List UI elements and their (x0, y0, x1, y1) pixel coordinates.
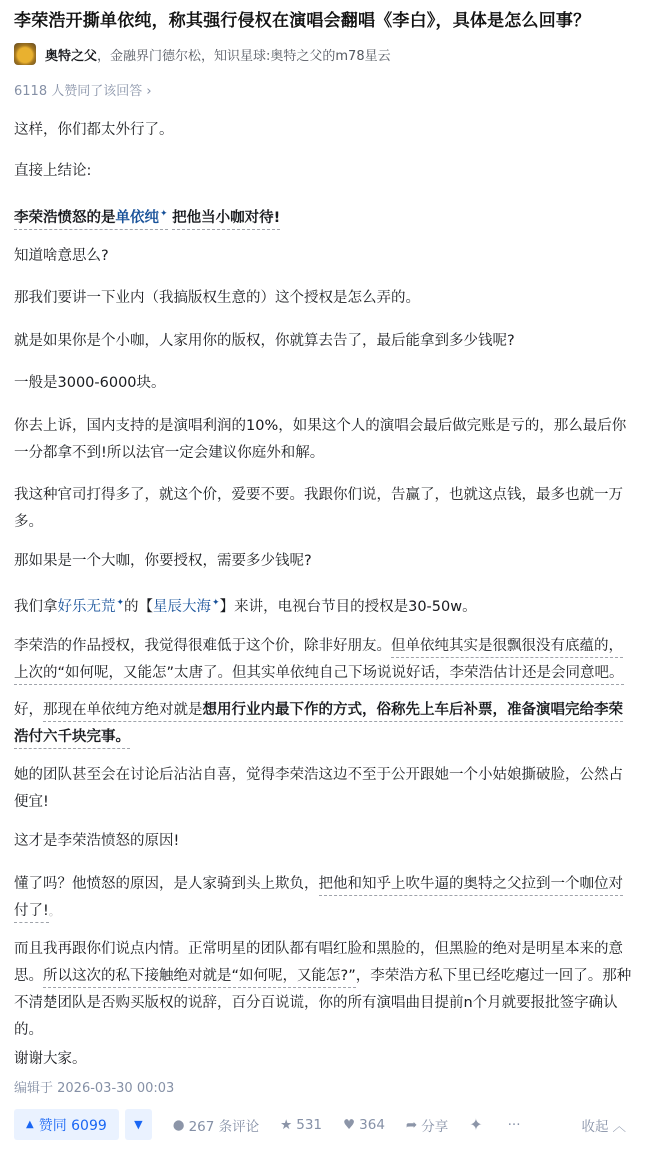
favorite-button[interactable]: ★ 531 (280, 1117, 322, 1133)
sparkle-icon: ✦ (212, 598, 220, 608)
comments-label: 267 条评论 (189, 1115, 260, 1135)
text: 好， (14, 702, 43, 718)
upvote-label: 赞同 6099 (39, 1115, 107, 1135)
downvote-icon: ▼ (134, 1118, 142, 1131)
paragraph: 好，那现在单依纯方绝对就是想用行业内最下作的方式，俗称先上车后补票，准备演唱完给… (14, 697, 634, 751)
comments-button[interactable]: ● 267 条评论 (173, 1115, 259, 1135)
text: 那现在单依纯方绝对就是 (43, 702, 203, 718)
more-icon: ··· (508, 1117, 521, 1133)
text: 的【 (124, 599, 153, 615)
upvote-icon: ▲ (26, 1119, 34, 1130)
heart-icon: ♥ (343, 1117, 355, 1133)
paragraph: 我这种官司打得多了，就这个价，爱要不要。我跟你们说，告赢了，也就这点钱，最多也就… (14, 482, 634, 536)
favorites-count: 531 (296, 1117, 322, 1133)
upvote-button[interactable]: ▲ 赞同 6099 (14, 1109, 119, 1140)
sparkle-icon: ✦ (469, 1115, 482, 1134)
chevron-up-icon: ︿ (613, 1115, 627, 1135)
collapse-button[interactable]: 收起 ︿ (582, 1115, 635, 1135)
paragraph: 知道啥意思么? (14, 243, 634, 270)
paragraph: 那我们要讲一下业内（我搞版权生意的）这个授权是怎么弄的。 (14, 285, 634, 312)
author-name[interactable]: 奥特之父 (45, 45, 97, 64)
avatar[interactable] (14, 43, 36, 65)
highlighted-text[interactable]: 所以这次的私下接触绝对就是“如何呢，又能怎?” (43, 968, 356, 988)
highlighted-text[interactable]: 那现在单依纯方绝对就是想用行业内最下作的方式，俗称先上车后补票，准备演唱完给李荣… (14, 702, 623, 749)
downvote-button[interactable]: ▼ (125, 1109, 152, 1140)
star-icon: ★ (280, 1117, 292, 1133)
text: 懂了吗？他愤怒的原因，是人家骑到头上欺负， (14, 876, 319, 892)
share-label: 分享 (421, 1115, 448, 1135)
share-button[interactable]: ➦ 分享 (406, 1115, 448, 1135)
more-button[interactable]: ··· (508, 1117, 521, 1133)
collapse-label: 收起 (582, 1115, 609, 1135)
link-haole-wuhuang[interactable]: 好乐无荒 (58, 599, 116, 615)
paragraph: 直接上结论: (14, 158, 634, 185)
paragraph: 懂了吗？他愤怒的原因，是人家骑到头上欺负，把他和知乎上吹牛逼的奥特之父拉到一个咖… (14, 871, 634, 925)
likes-count: 364 (359, 1117, 385, 1133)
paragraph: 一般是3000-6000块。 (14, 370, 634, 397)
text: 我们拿 (14, 599, 58, 615)
text: 把他当小咖对待! (172, 210, 280, 230)
sparkle-icon: ✦ (160, 209, 168, 219)
paragraph: 就是如果你是个小咖，人家用你的版权，你就算去告了，最后能拿到多少钱呢? (14, 328, 634, 355)
text: 】来讲，电视台节目的授权是30-50w。 (220, 599, 477, 615)
paragraph: 这才是李荣浩愤怒的原因! (14, 828, 634, 855)
share-icon: ➦ (406, 1117, 417, 1133)
paragraph: 而且我再跟你们说点内情。正常明星的团队都有唱红脸和黑脸的，但黑脸的绝对是明星本来… (14, 936, 634, 1044)
paragraph: 李荣浩愤怒的是单依纯✦ 把他当小咖对待! (14, 201, 634, 232)
link-xingchen-dahai[interactable]: 星辰大海 (153, 599, 211, 615)
paragraph: 李荣浩的作品授权，我觉得很难低于这个价，除非好朋友。但单依纯其实是很飘很没有底蕴… (14, 633, 634, 687)
author-info: 奥特之父 ，金融界门德尔松，知识星球:奥特之父的m78星云 (14, 41, 634, 67)
ai-button[interactable]: ✦ (469, 1115, 486, 1134)
votes-summary[interactable]: 6118 人赞同了该回答 › (14, 80, 634, 98)
comment-icon: ● (173, 1117, 185, 1133)
sparkle-icon: ✦ (117, 598, 125, 608)
paragraph: 这样，你们都太外行了。 (14, 117, 634, 144)
question-title[interactable]: 李荣浩开撕单依纯，称其强行侵权在演唱会翻唱《李白》，具体是怎么回事？ (14, 0, 634, 33)
like-button[interactable]: ♥ 364 (343, 1117, 385, 1133)
edited-time[interactable]: 编辑于 2026-03-30 00:03 (14, 1075, 634, 1102)
paragraph: 你去上诉，国内支持的是演唱利润的10%，如果这个人的演唱会最后做完账是亏的，那么… (14, 413, 634, 467)
action-bar: ▲ 赞同 6099 ▼ ● 267 条评论 ★ 531 ♥ 364 ➦ 分享 ✦… (14, 1109, 634, 1140)
paragraph: 我们拿好乐无荒✦的【星辰大海✦】来讲，电视台节目的授权是30-50w。 (14, 590, 634, 621)
paragraph: 那如果是一个大咖，你要授权，需要多少钱呢? (14, 548, 634, 575)
text: 李荣浩愤怒的是 (14, 210, 116, 226)
author-bio: ，金融界门德尔松，知识星球:奥特之父的m78星云 (97, 45, 391, 64)
text: 。 (49, 905, 60, 918)
paragraph: 她的团队甚至会在讨论后沾沾自喜，觉得李荣浩这边不至于公开跟她一个小姑娘撕破脸，公… (14, 762, 634, 816)
paragraph: 谢谢大家。 (14, 1046, 634, 1073)
answer-page: 李荣浩开撕单依纯，称其强行侵权在演唱会翻唱《李白》，具体是怎么回事？ 奥特之父 … (0, 0, 648, 98)
link-shanyichun[interactable]: 单依纯 (116, 210, 160, 226)
text: 李荣浩的作品授权，我觉得很难低于这个价，除非好朋友。 (14, 638, 391, 654)
